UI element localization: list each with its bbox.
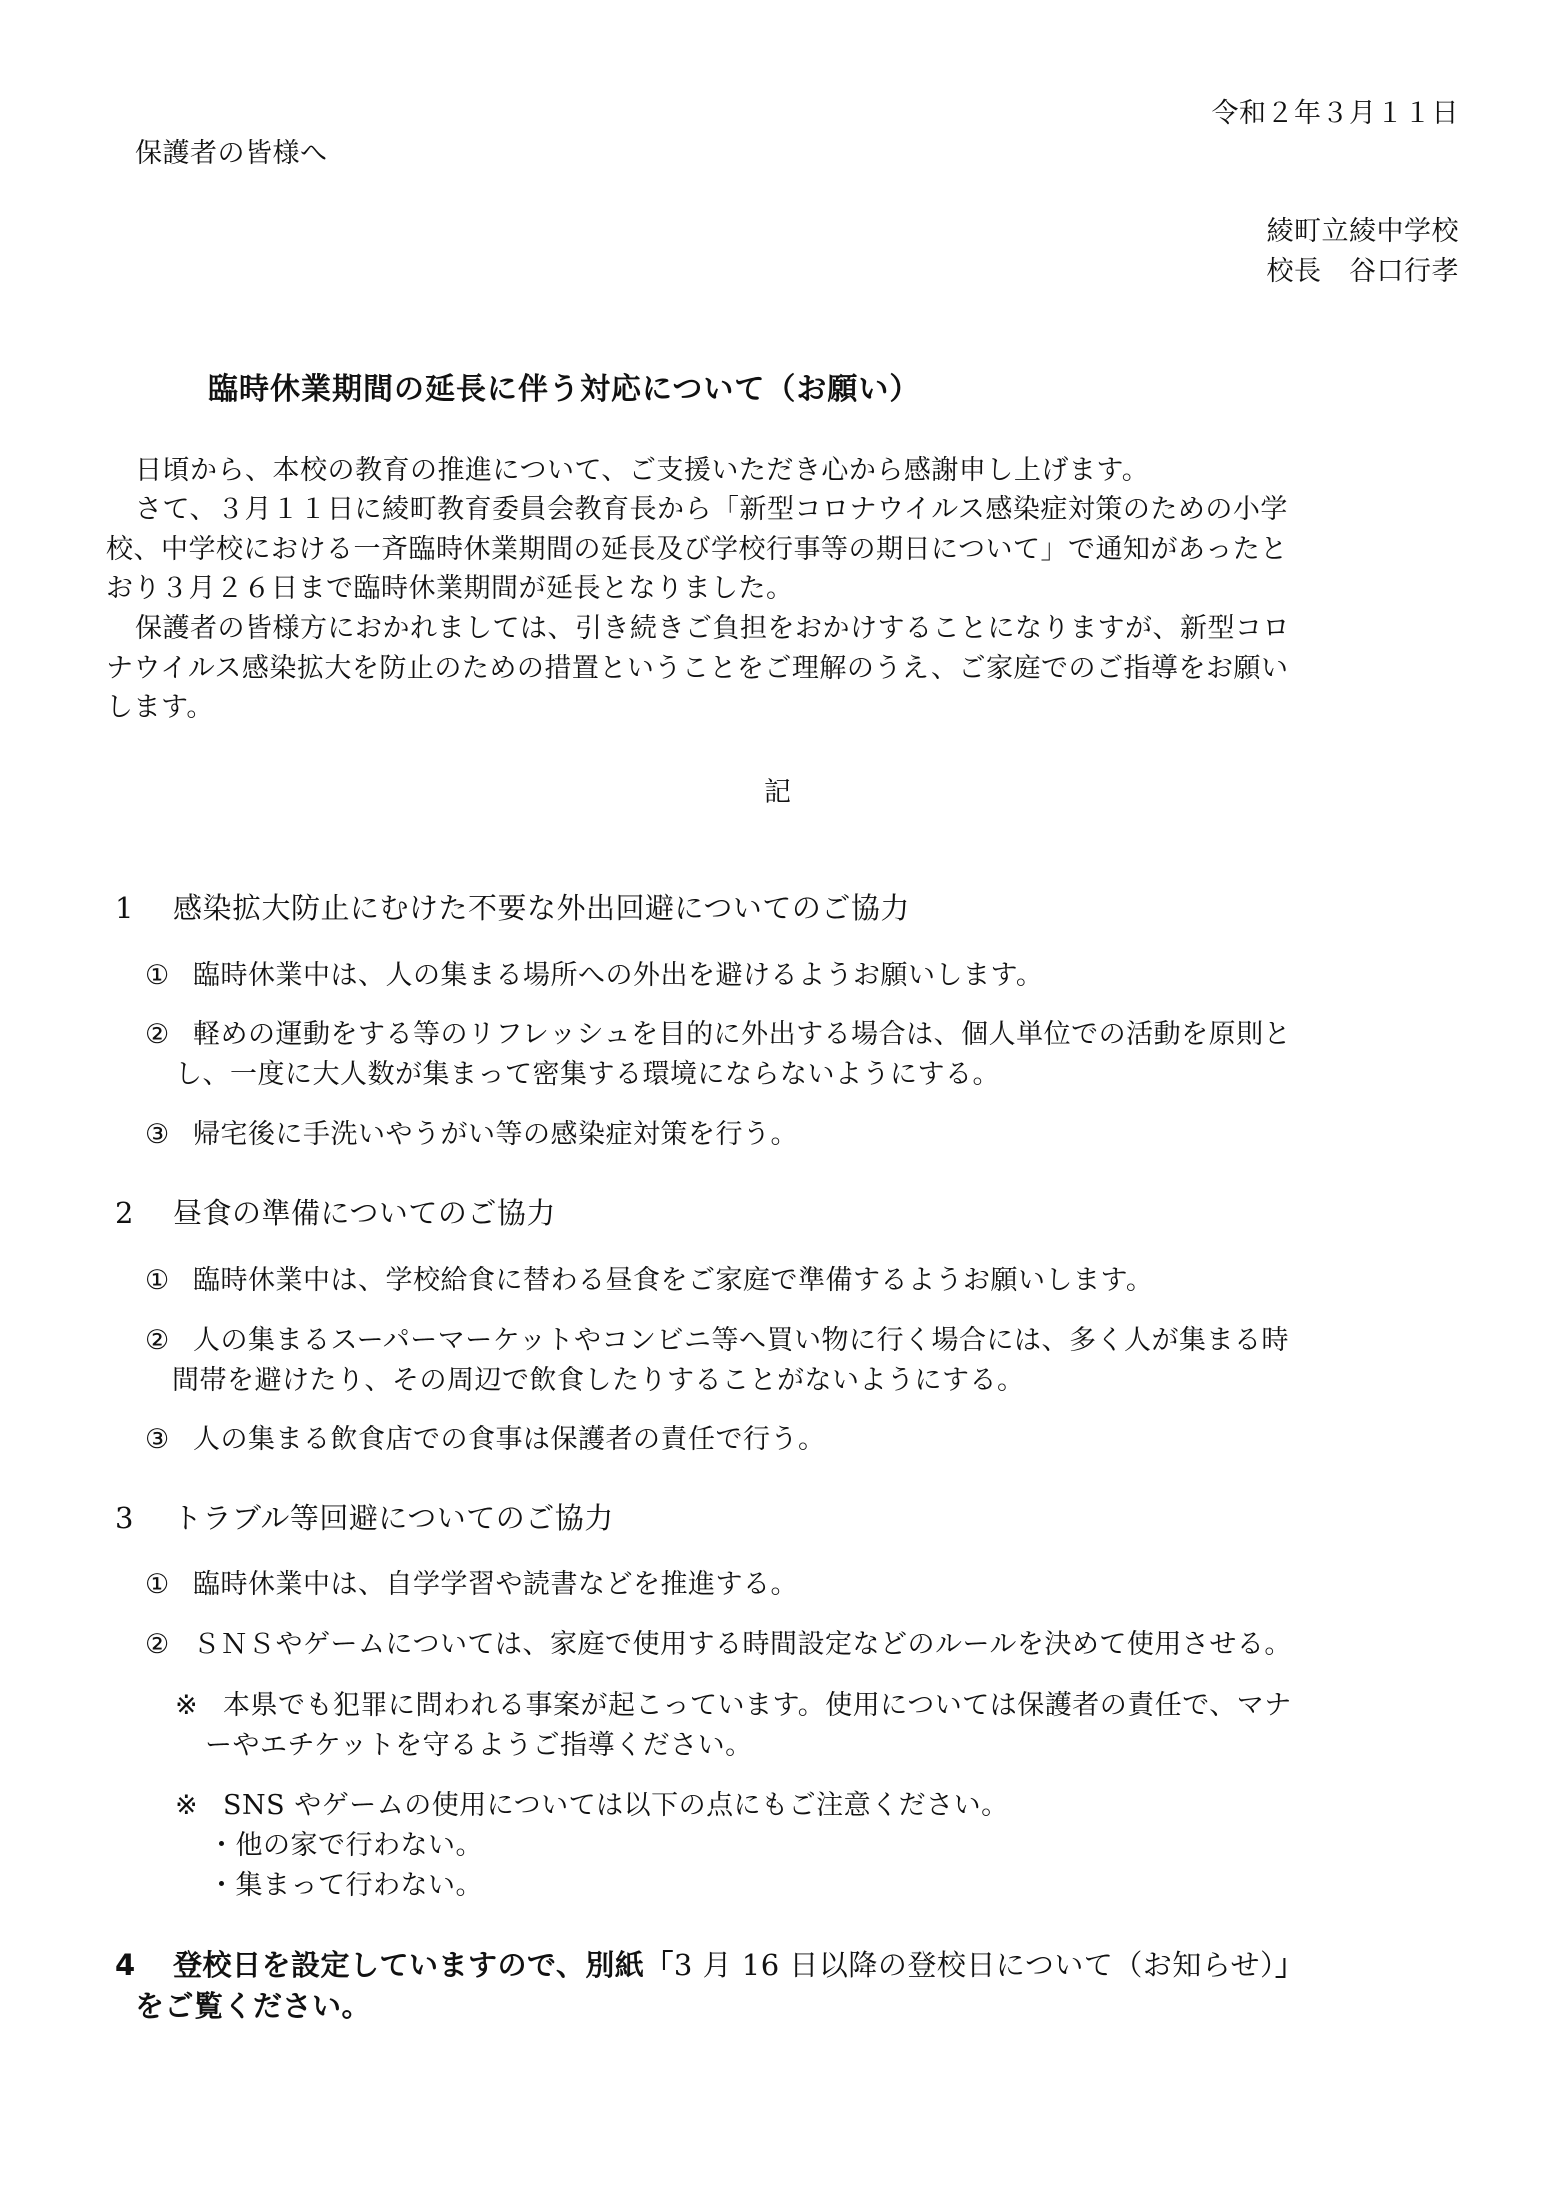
attachment-reference: 3 月 16 日以降の登校日について（お知らせ）: [674, 1948, 1275, 1982]
note-text-continued: ーやエチケットを守るようご指導ください。: [205, 1728, 753, 1764]
item-mark: ②: [145, 1323, 193, 1359]
item-text: 人の集まるスーパーマーケットやコンビニ等へ買い物に行く場合には、多く人が集まる時: [193, 1325, 1289, 1356]
list-item: ②人の集まるスーパーマーケットやコンビニ等へ買い物に行く場合には、多く人が集まる…: [145, 1323, 1289, 1359]
section-heading: 2昼食の準備についてのご協力: [115, 1195, 556, 1231]
section-title: 昼食の準備についてのご協力: [173, 1196, 556, 1230]
section-heading: 1感染拡大防止にむけた不要な外出回避についてのご協力: [115, 890, 910, 926]
note-item: ※SNS やゲームの使用については以下の点にもご注意ください。: [175, 1788, 1009, 1824]
item-mark: ①: [145, 1263, 193, 1299]
school-name: 綾町立綾中学校: [1267, 214, 1460, 250]
section-number: 1: [115, 890, 173, 926]
item-text: 臨時休業中は、自学学習や読書などを推進する。: [193, 1569, 798, 1600]
item-text-continued: し、一度に大人数が集まって密集する環境にならないようにする。: [175, 1057, 1000, 1093]
list-item: ③人の集まる飲食店での食事は保護者の責任で行う。: [145, 1422, 826, 1458]
intro-line: 校、中学校における一斉臨時休業期間の延長及び学校行事等の期日について」で通知があ…: [106, 532, 1288, 568]
item-text: 臨時休業中は、人の集まる場所への外出を避けるようお願いします。: [193, 960, 1043, 991]
section-title-continued: をご覧ください。: [135, 1988, 371, 2024]
list-item: ①臨時休業中は、学校給食に替わる昼食をご家庭で準備するようお願いします。: [145, 1263, 1153, 1299]
note-mark: ※: [175, 1788, 223, 1824]
item-mark: ①: [145, 958, 193, 994]
date: 令和２年３月１１日: [1212, 96, 1460, 132]
note-text: 本県でも犯罪に問われる事案が起こっています。使用については保護者の責任で、マナ: [223, 1690, 1292, 1721]
ki-marker: 記: [764, 775, 792, 811]
intro-line: さて、３月１１日に綾町教育委員会教育長から「新型コロナウイルス感染症対策のための…: [135, 492, 1288, 528]
note-mark: ※: [175, 1688, 223, 1724]
section-title-part: 」: [1275, 1948, 1305, 1982]
principal-name: 校長 谷口行孝: [1267, 254, 1460, 290]
intro-line: ナウイルス感染拡大を防止のための措置ということをご理解のうえ、ご家庭でのご指導を…: [106, 651, 1289, 687]
intro-line: 保護者の皆様方におかれましては、引き続きご負担をおかけすることになりますが、新型…: [135, 611, 1290, 647]
bullet-item: ・他の家で行わない。: [208, 1828, 483, 1864]
section-number: 3: [115, 1500, 173, 1536]
section-number: 4: [115, 1947, 173, 1983]
intro-line: おり３月２６日まで臨時休業期間が延長となりました。: [106, 571, 794, 607]
list-item: ①臨時休業中は、人の集まる場所への外出を避けるようお願いします。: [145, 958, 1043, 994]
section-number: 2: [115, 1195, 173, 1231]
list-item: ②ＳＮＳやゲームについては、家庭で使用する時間設定などのルールを決めて使用させる…: [145, 1627, 1292, 1663]
intro-line: します。: [106, 690, 214, 726]
note-item: ※本県でも犯罪に問われる事案が起こっています。使用については保護者の責任で、マナ: [175, 1688, 1292, 1724]
item-mark: ②: [145, 1017, 193, 1053]
intro-line: 日頃から、本校の教育の推進について、ご支援いただき心から感謝申し上げます。: [135, 453, 1149, 489]
section-title: トラブル等回避についてのご協力: [173, 1501, 614, 1535]
item-text-continued: 間帯を避けたり、その周辺で飲食したりすることがないようにする。: [172, 1363, 1025, 1399]
item-text: 軽めの運動をする等のリフレッシュを目的に外出する場合は、個人単位での活動を原則と: [193, 1019, 1291, 1050]
item-mark: ③: [145, 1117, 193, 1153]
section-heading: 4登校日を設定していますので、別紙「3 月 16 日以降の登校日について（お知ら…: [115, 1947, 1305, 1983]
section-title: 感染拡大防止にむけた不要な外出回避についてのご協力: [173, 891, 910, 925]
item-mark: ①: [145, 1567, 193, 1603]
item-text: ＳＮＳやゲームについては、家庭で使用する時間設定などのルールを決めて使用させる。: [193, 1629, 1292, 1660]
item-text: 臨時休業中は、学校給食に替わる昼食をご家庭で準備するようお願いします。: [193, 1265, 1153, 1296]
item-text: 人の集まる飲食店での食事は保護者の責任で行う。: [193, 1424, 826, 1455]
document-page: 令和２年３月１１日 保護者の皆様へ 綾町立綾中学校 校長 谷口行孝 臨時休業期間…: [0, 0, 1559, 2207]
item-mark: ②: [145, 1627, 193, 1663]
list-item: ①臨時休業中は、自学学習や読書などを推進する。: [145, 1567, 798, 1603]
page-title: 臨時休業期間の延長に伴う対応について（お願い）: [208, 372, 920, 408]
bullet-item: ・集まって行わない。: [208, 1868, 483, 1904]
addressee: 保護者の皆様へ: [135, 136, 328, 172]
section-heading: 3トラブル等回避についてのご協力: [115, 1500, 614, 1536]
list-item: ②軽めの運動をする等のリフレッシュを目的に外出する場合は、個人単位での活動を原則…: [145, 1017, 1291, 1053]
section-title-part: 登校日を設定していますので、別紙「: [173, 1948, 674, 1982]
item-mark: ③: [145, 1422, 193, 1458]
list-item: ③帰宅後に手洗いやうがい等の感染症対策を行う。: [145, 1117, 798, 1153]
note-text: SNS やゲームの使用については以下の点にもご注意ください。: [223, 1790, 1009, 1821]
item-text: 帰宅後に手洗いやうがい等の感染症対策を行う。: [193, 1119, 798, 1150]
